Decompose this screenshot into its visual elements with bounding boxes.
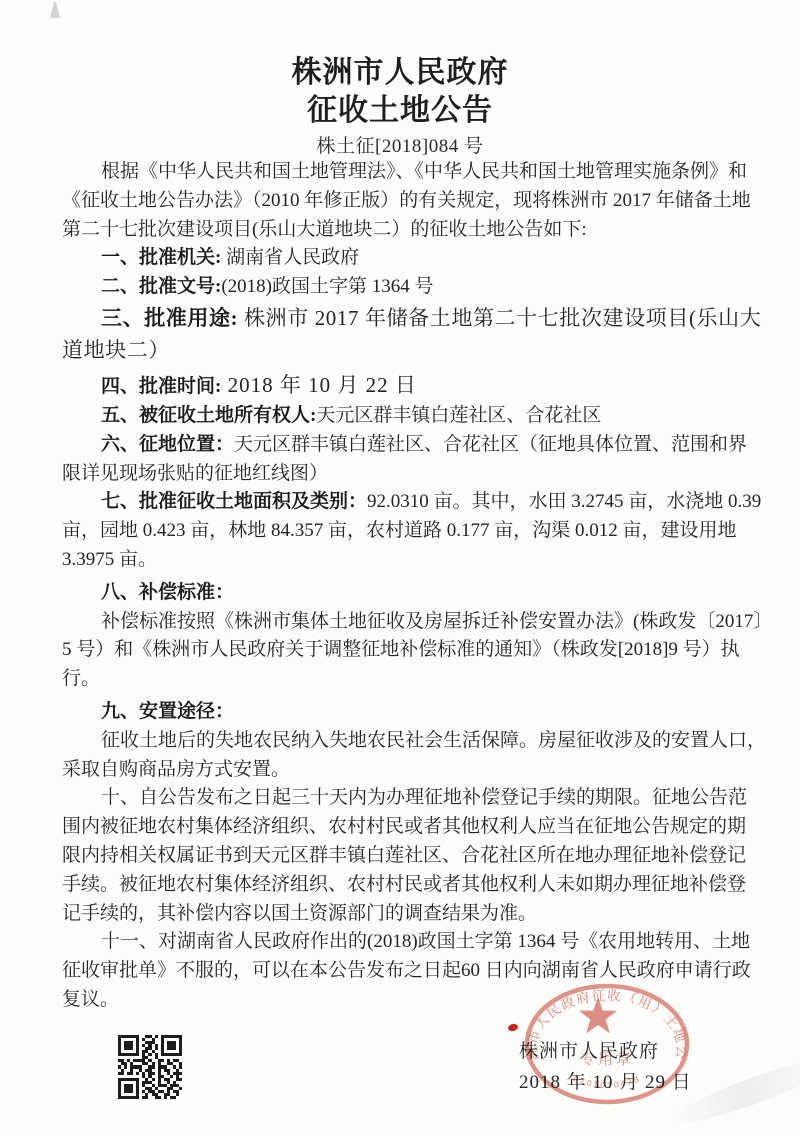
body-line: 记手续的，其补偿内容以国土资源部门的调查结果为准。	[62, 900, 752, 929]
seal-serial: 0201010478	[572, 1074, 642, 1090]
body-line: 5 号）和《株洲市人民政府关于调整征地补偿标准的通知》（株政发[2018]9 号…	[62, 636, 752, 665]
body-line: 十、自公告发布之日起三十天内为办理征地补偿登记手续的期限。征地公告范	[62, 784, 752, 813]
line-text: 征收土地后的失地农民纳入失地农民社会生活保障。房屋征收涉及的安置人口，	[101, 730, 766, 751]
document-header: 株洲市人民政府 征收土地公告 株土征[2018]084 号	[0, 54, 800, 160]
seal-center-text: 专用章	[580, 1050, 634, 1068]
scan-smudge	[50, 2, 60, 18]
red-dot-mark	[507, 1023, 518, 1032]
svg-text:0201010478: 0201010478	[572, 1074, 642, 1090]
body-line: 三、批准用途: 株洲市 2017 年储备土地第二十七批次建设项目(乐山大	[62, 302, 752, 334]
item-label: 二、批准文号:	[101, 276, 221, 297]
qr-code	[118, 1035, 182, 1099]
body-line: 八、补偿标准：	[62, 579, 752, 608]
body-line: 亩，园地 0.423 亩，林地 84.357 亩，农村道路 0.177 亩，沟渠…	[62, 517, 752, 546]
line-text: 围内被征地农村集体经济组织、农村村民或者其他权利人应当在征地公告规定的期	[62, 816, 746, 837]
line-text: 3.3975 亩。	[62, 549, 157, 570]
line-text: 十、自公告发布之日起三十天内为办理征地补偿登记手续的期限。征地公告范	[101, 787, 747, 808]
line-text: 行。	[62, 668, 100, 689]
body-line: 限内持相关权属证书到天元区群丰镇白莲社区、合花社区所在地办理征地补偿登记	[62, 842, 752, 871]
body-line: 一、批准机关: 湖南省人民政府	[62, 244, 752, 273]
line-text: 复议。	[62, 989, 119, 1010]
item-label: 五、被征收土地所有权人:	[101, 405, 316, 426]
line-text: 5 号）和《株洲市人民政府关于调整征地补偿标准的通知》（株政发[2018]9 号…	[62, 639, 740, 660]
document-body: 根据《中华人民共和国土地管理法》、《中华人民共和国土地管理实施条例》和《征收土地…	[62, 158, 752, 1015]
line-text: (2018)政国土字第 1364 号	[221, 276, 433, 297]
body-line: 六、征地位置：天元区群丰镇白莲社区、合花社区（征地具体位置、范围和界	[62, 431, 752, 460]
line-text: 采取自购商品房方式安置。	[62, 759, 290, 780]
body-line: 手续。被征地农村集体经济组织、农村村民或者其他权利人未如期办理征地补偿登	[62, 871, 752, 900]
line-text: 道地块二）	[62, 338, 170, 362]
body-line: 行。	[62, 665, 752, 694]
body-line: 3.3975 亩。	[62, 546, 752, 575]
line-text: 手续。被征地农村集体经济组织、农村村民或者其他权利人未如期办理征地补偿登	[62, 874, 746, 895]
body-line: 二、批准文号:(2018)政国土字第 1364 号	[62, 273, 752, 302]
body-line: 九、安置途径：	[62, 698, 752, 727]
item-label: 四、批准时间:	[101, 376, 221, 397]
item-label: 一、批准机关:	[101, 247, 221, 268]
doc-number: 株土征[2018]084 号	[0, 134, 800, 160]
line-text: 限内持相关权属证书到天元区群丰镇白莲社区、合花社区所在地办理征地补偿登记	[62, 845, 746, 866]
body-line: 限详见现场张贴的征地红线图）	[62, 460, 752, 489]
item-label: 八、补偿标准：	[101, 582, 234, 603]
body-line: 十一、对湖南省人民政府作出的(2018)政国土字第 1364 号《农用地转用、土…	[62, 928, 752, 957]
line-text: 亩，园地 0.423 亩，林地 84.357 亩，农村道路 0.177 亩，沟渠…	[62, 520, 737, 541]
page-subtitle: 征收土地公告	[0, 92, 800, 130]
body-line: 根据《中华人民共和国土地管理法》、《中华人民共和国土地管理实施条例》和	[62, 158, 752, 187]
body-line: 五、被征收土地所有权人:天元区群丰镇白莲社区、合花社区	[62, 402, 752, 431]
body-line: 《征收土地公告办法》（2010 年修正版）的有关规定，现将株洲市 2017 年储…	[62, 187, 752, 216]
document-sheet: 株洲市人民政府 征收土地公告 株土征[2018]084 号 根据《中华人民共和国…	[0, 0, 800, 1135]
body-line: 征收土地后的失地农民纳入失地农民社会生活保障。房屋征收涉及的安置人口，	[62, 727, 752, 756]
item-label: 三、批准用途:	[101, 306, 238, 330]
body-line: 第二十七批次建设项目(乐山大道地块二）的征收土地公告如下:	[62, 216, 752, 245]
page-title: 株洲市人民政府	[0, 54, 800, 92]
item-label: 六、征地位置：	[101, 434, 234, 455]
line-text: 天元区群丰镇白莲社区、合花社区（征地具体位置、范围和界	[234, 434, 747, 455]
line-text: 92.0310 亩。其中，水田 3.2745 亩，水浇地 0.39	[367, 491, 761, 512]
line-text: 征收审批单》不服的，可以在本公告发布之日起60 日内向湖南省人民政府申请行政	[62, 960, 751, 981]
line-text: 补偿标准按照《株洲市集体土地征收及房屋拆迁补偿安置办法》(株政发〔2017〕	[101, 611, 772, 632]
body-line: 围内被征地农村集体经济组织、农村村民或者其他权利人应当在征地公告规定的期	[62, 813, 752, 842]
line-text: 十一、对湖南省人民政府作出的(2018)政国土字第 1364 号《农用地转用、土…	[101, 931, 750, 952]
item-label: 九、安置途径：	[101, 701, 234, 722]
line-text: 《征收土地公告办法》（2010 年修正版）的有关规定，现将株洲市 2017 年储…	[62, 190, 751, 211]
line-text: 限详见现场张贴的征地红线图）	[62, 463, 328, 484]
line-text: 记手续的，其补偿内容以国土资源部门的调查结果为准。	[62, 903, 537, 924]
line-text: 2018 年 10 月 22 日	[221, 373, 417, 397]
line-text: 第二十七批次建设项目(乐山大道地块二）的征收土地公告如下:	[62, 219, 587, 240]
line-text: 天元区群丰镇白莲社区、合花社区	[316, 405, 601, 426]
body-line: 四、批准时间: 2018 年 10 月 22 日	[62, 370, 752, 402]
body-line: 道地块二）	[62, 334, 752, 366]
line-text: 湖南省人民政府	[221, 247, 359, 268]
body-line: 补偿标准按照《株洲市集体土地征收及房屋拆迁补偿安置办法》(株政发〔2017〕	[62, 608, 752, 637]
body-line: 采取自购商品房方式安置。	[62, 756, 752, 785]
line-text: 株洲市 2017 年储备土地第二十七批次建设项目(乐山大	[238, 306, 761, 330]
body-line: 七、批准征收土地面积及类别：92.0310 亩。其中，水田 3.2745 亩，水…	[62, 488, 752, 517]
official-seal: 株洲市人民政府征收（用）土地公告 专用章 0201010478	[520, 980, 694, 1110]
item-label: 七、批准征收土地面积及类别：	[101, 491, 367, 512]
line-text: 根据《中华人民共和国土地管理法》、《中华人民共和国土地管理实施条例》和	[101, 161, 747, 182]
